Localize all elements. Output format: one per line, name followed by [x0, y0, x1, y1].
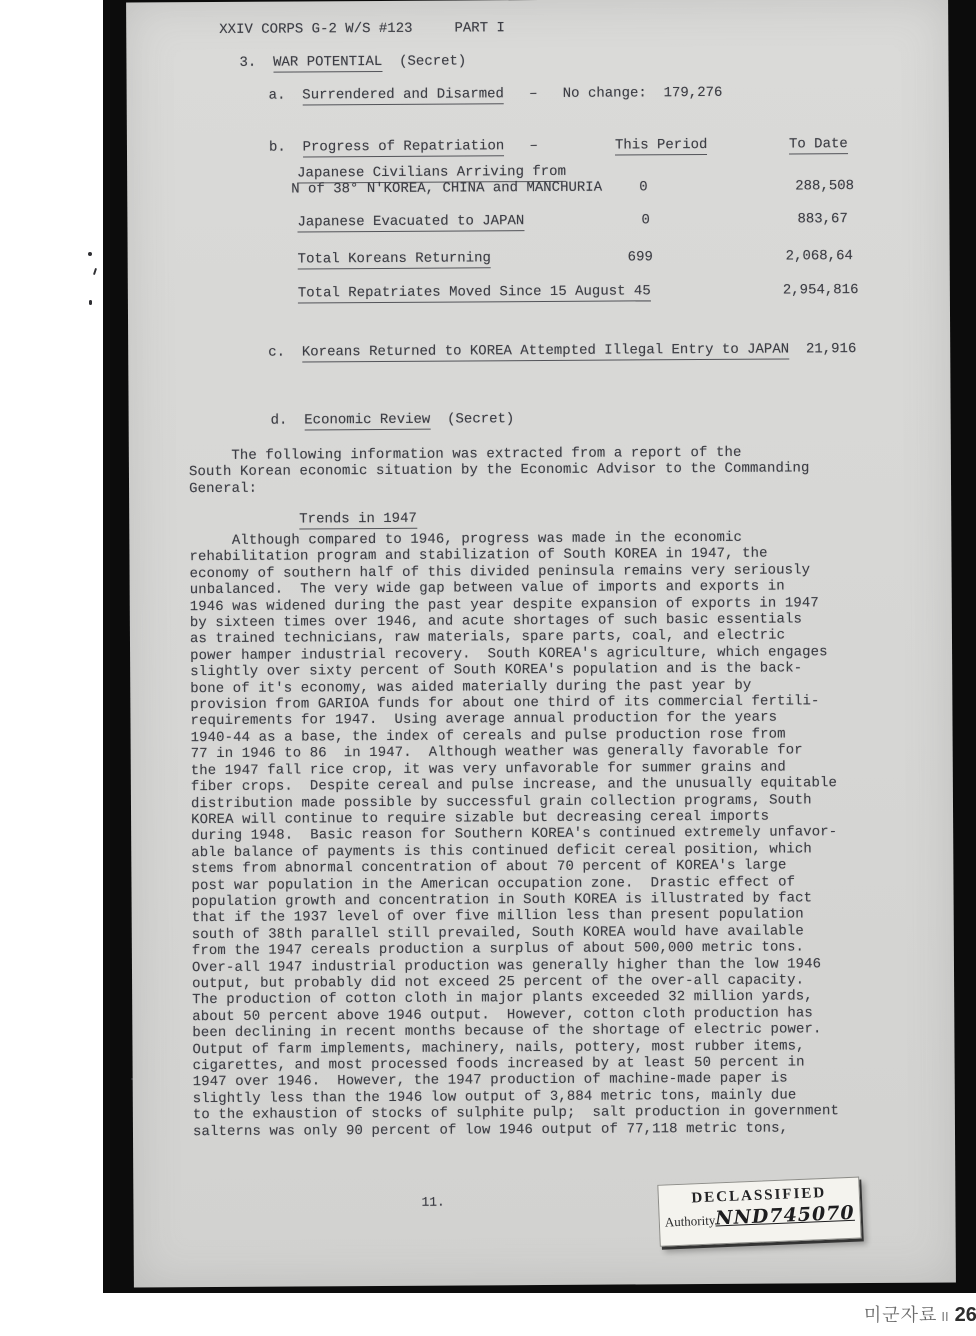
ink-speck	[88, 252, 92, 256]
table-row-label: Total Repatriates Moved Since 15 August …	[298, 283, 651, 304]
trends-heading: Trends in 1947	[299, 511, 417, 530]
table-row-period: 699	[628, 249, 653, 266]
ink-speck	[89, 300, 92, 305]
item-d: d. Economic Review (Secret)	[271, 411, 515, 429]
item-c-value: 21,916	[806, 341, 857, 357]
item-a-number: a.	[269, 88, 286, 104]
item-c: c. Koreans Returned to KOREA Attempted I…	[268, 341, 856, 361]
item-a-label: Surrendered and Disarmed	[302, 86, 504, 105]
document-page: XXIV CORPS G-2 W/S #123 PART I 3. WAR PO…	[126, 0, 956, 1287]
ink-speck	[93, 268, 97, 275]
authority-label: Authority	[664, 1213, 715, 1230]
archive-footer-volume: II	[941, 1309, 948, 1324]
item-d-classification: (Secret)	[447, 411, 514, 427]
item-a: a. Surrendered and Disarmed – No change:…	[269, 85, 723, 104]
item-b-dash: –	[529, 138, 538, 154]
economic-review-intro: The following information was extracted …	[189, 444, 810, 497]
item-c-label: Koreans Returned to KOREA Attempted Ille…	[302, 341, 789, 362]
table-row-to-date: 288,508	[795, 178, 854, 195]
item-b-heading: b. Progress of Repatriation –	[269, 138, 538, 156]
declassified-stamp: DECLASSIFIED AuthorityNND745070	[657, 1177, 861, 1247]
section-classification: (Secret)	[399, 53, 466, 69]
item-b-label: Progress of Repatriation	[303, 138, 505, 157]
table-row-to-date: 883,67	[797, 211, 848, 228]
section-title: WAR POTENTIAL	[273, 54, 382, 73]
archive-footer-page: 265	[955, 1304, 976, 1326]
item-a-dash: –	[529, 86, 538, 102]
item-d-label: Economic Review	[304, 412, 430, 431]
table-row-label: Total Koreans Returning	[298, 250, 491, 270]
table-row-to-date: 2,954,816	[783, 282, 859, 299]
scanned-document-viewer: XXIV CORPS G-2 W/S #123 PART I 3. WAR PO…	[0, 0, 976, 1336]
table-row-label: Japanese Evacuated to JAPAN	[297, 213, 524, 233]
document-header: XXIV CORPS G-2 W/S #123 PART I	[219, 20, 505, 38]
trends-body-text: Although compared to 1946, progress was …	[189, 529, 839, 1140]
archive-footer: 미군자료II265	[864, 1301, 976, 1327]
column-header-this-period: This Period	[615, 137, 708, 156]
page-number: 11.	[421, 1195, 445, 1212]
item-d-number: d.	[271, 413, 288, 429]
section-number: 3.	[239, 55, 256, 71]
column-header-to-date: To Date	[789, 136, 848, 155]
table-row-period: 0	[639, 179, 648, 195]
table-row-label-line2: N of 38° N'KOREA, CHINA and MANCHURIA	[291, 180, 602, 198]
table-row-period: 0	[641, 212, 650, 228]
item-b-number: b.	[269, 140, 286, 156]
table-row-to-date: 2,068,64	[786, 248, 853, 265]
section-3-heading: 3. WAR POTENTIAL (Secret)	[239, 53, 466, 71]
archive-footer-label: 미군자료	[864, 1305, 938, 1325]
authority-number-handwriting: NND745070	[715, 1202, 855, 1230]
item-c-number: c.	[268, 345, 285, 361]
item-a-value: No change: 179,276	[563, 85, 723, 102]
